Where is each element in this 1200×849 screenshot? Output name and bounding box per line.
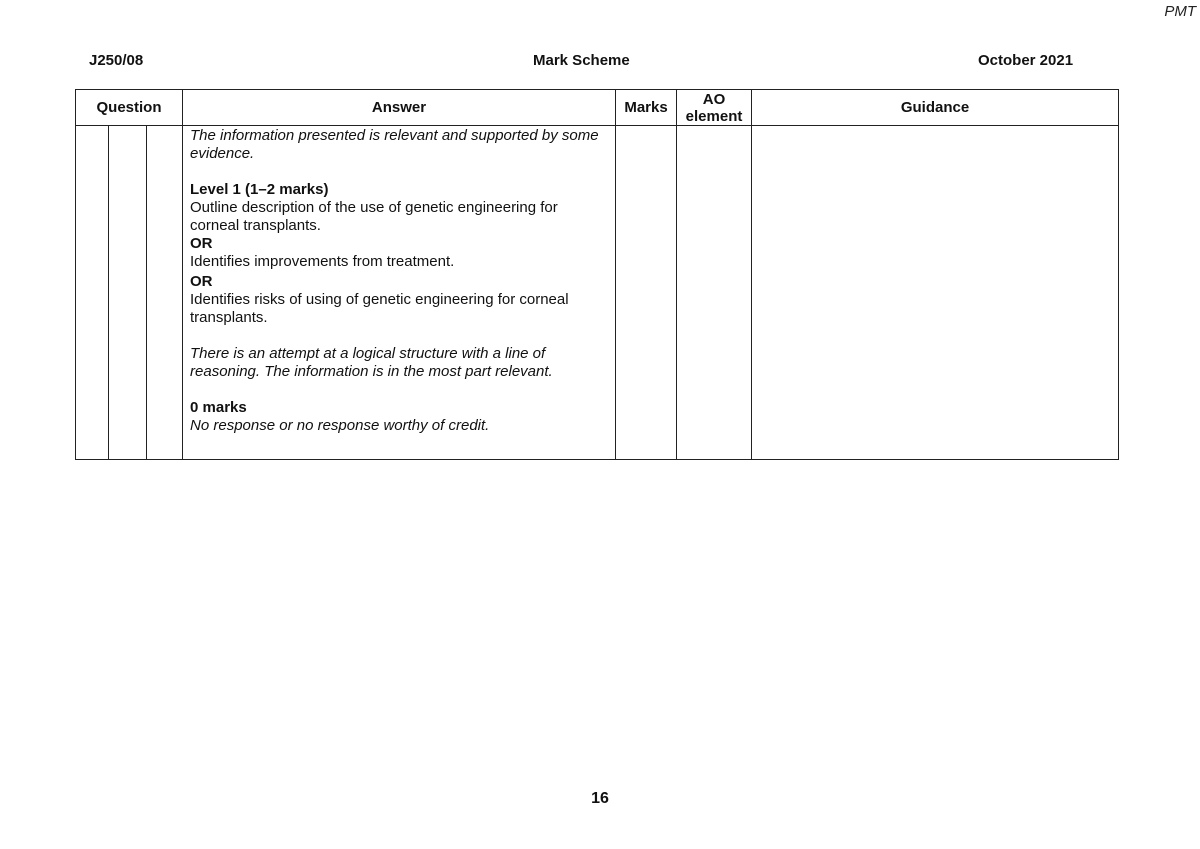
zero-marks-heading: 0 marks bbox=[190, 399, 608, 417]
column-header-answer: Answer bbox=[183, 90, 616, 126]
paper-code: J250/08 bbox=[89, 52, 143, 69]
column-header-guidance: Guidance bbox=[752, 90, 1119, 126]
level2-communication-text: The information presented is relevant an… bbox=[190, 127, 608, 163]
question-cell-1 bbox=[76, 126, 109, 460]
table-header-row: Question Answer Marks AO element Guidanc… bbox=[76, 90, 1119, 126]
level1-point-1: Outline description of the use of geneti… bbox=[190, 199, 608, 235]
level1-point-2: Identifies improvements from treatment. bbox=[190, 253, 608, 271]
or-separator-2: OR bbox=[190, 273, 608, 291]
guidance-cell bbox=[752, 126, 1119, 460]
document-title: Mark Scheme bbox=[533, 52, 630, 69]
question-cell-2 bbox=[109, 126, 147, 460]
column-header-marks: Marks bbox=[616, 90, 677, 126]
level1-heading: Level 1 (1–2 marks) bbox=[190, 181, 608, 199]
or-separator-1: OR bbox=[190, 235, 608, 253]
element-label: element bbox=[686, 108, 743, 125]
level1-point-3: Identifies risks of using of genetic eng… bbox=[190, 291, 608, 327]
ao-label: AO bbox=[703, 91, 726, 108]
page-number: 16 bbox=[0, 790, 1200, 808]
ao-element-cell bbox=[677, 126, 752, 460]
column-header-question: Question bbox=[76, 90, 183, 126]
column-header-ao-element: AO element bbox=[677, 90, 752, 126]
table-row: The information presented is relevant an… bbox=[76, 126, 1119, 460]
mark-scheme-table: Question Answer Marks AO element Guidanc… bbox=[75, 89, 1119, 460]
zero-marks-text: No response or no response worthy of cre… bbox=[190, 417, 608, 435]
watermark: PMT bbox=[1164, 3, 1196, 20]
level1-communication-text: There is an attempt at a logical structu… bbox=[190, 345, 608, 381]
marks-cell bbox=[616, 126, 677, 460]
answer-cell: The information presented is relevant an… bbox=[183, 126, 616, 460]
exam-date: October 2021 bbox=[978, 52, 1073, 69]
question-cell-3 bbox=[147, 126, 183, 460]
